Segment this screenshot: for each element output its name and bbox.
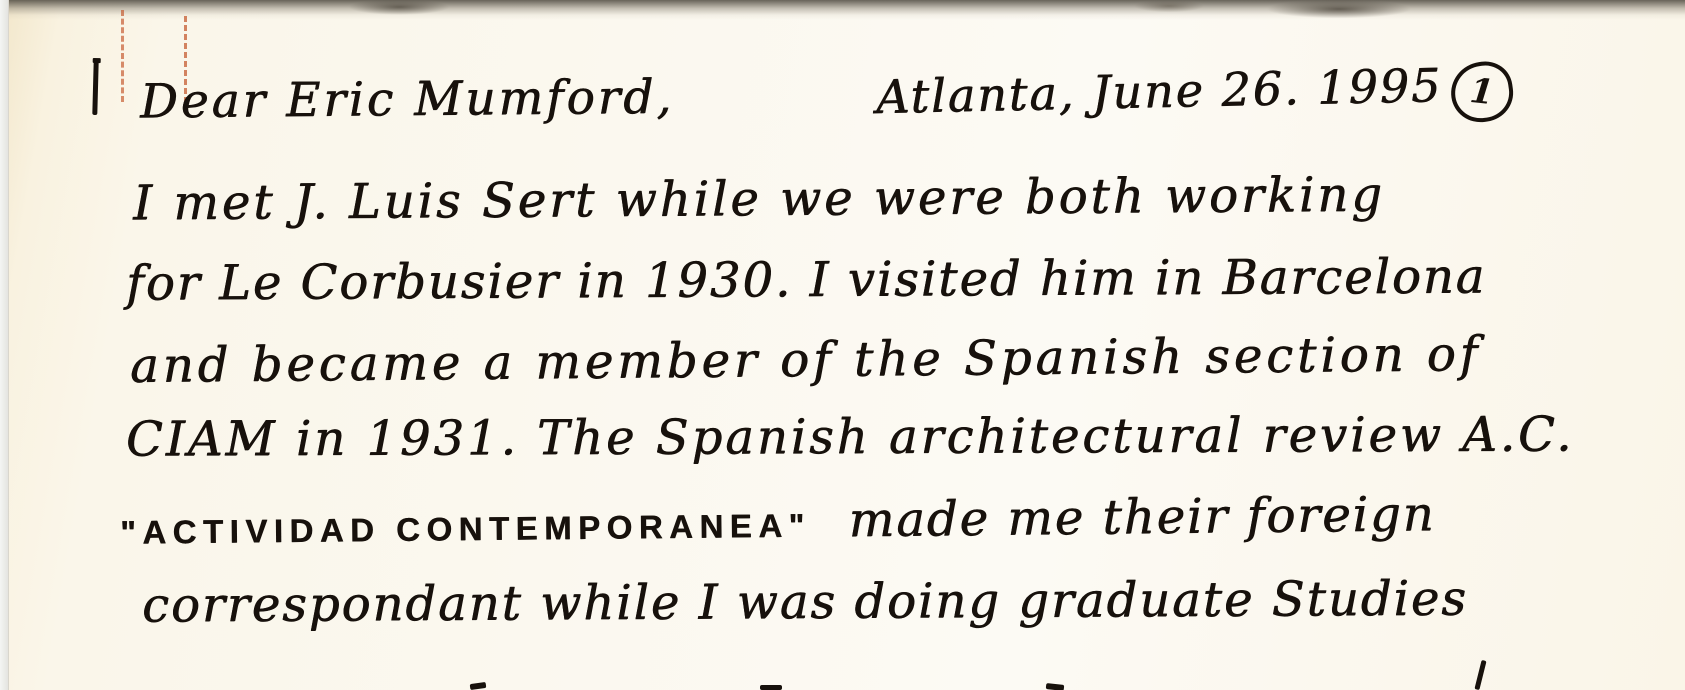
salutation: Dear Eric Mumford, (140, 74, 675, 126)
next-line-fragment (760, 685, 782, 690)
paper-top-edge-shadow (9, 0, 1685, 20)
next-line-fragment (1046, 683, 1065, 690)
scanned-letter-page: Dear Eric Mumford, Atlanta, June 26. 199… (0, 0, 1685, 690)
scan-edge-strip (0, 0, 9, 690)
page-number: 1 (1468, 71, 1496, 113)
handwritten-line: and became a member of the Spanish secti… (130, 330, 1482, 390)
handwritten-line: CIAM in 1931. The Spanish architectural … (126, 410, 1574, 463)
handwritten-line: correspondant while I was doing graduate… (142, 575, 1468, 630)
dateline: Atlanta, June 26. 1995 (876, 62, 1443, 120)
handwritten-line: I met J. Luis Sert while we were both wo… (133, 171, 1385, 228)
magazine-title-caps: "ACTIVIDAD CONTEMPORANEA" (120, 507, 811, 551)
red-margin-mark (121, 10, 124, 102)
handwritten-line: for Le Corbusier in 1930. I visited him … (126, 252, 1486, 307)
line-continuation: made me their foreign (848, 486, 1435, 548)
